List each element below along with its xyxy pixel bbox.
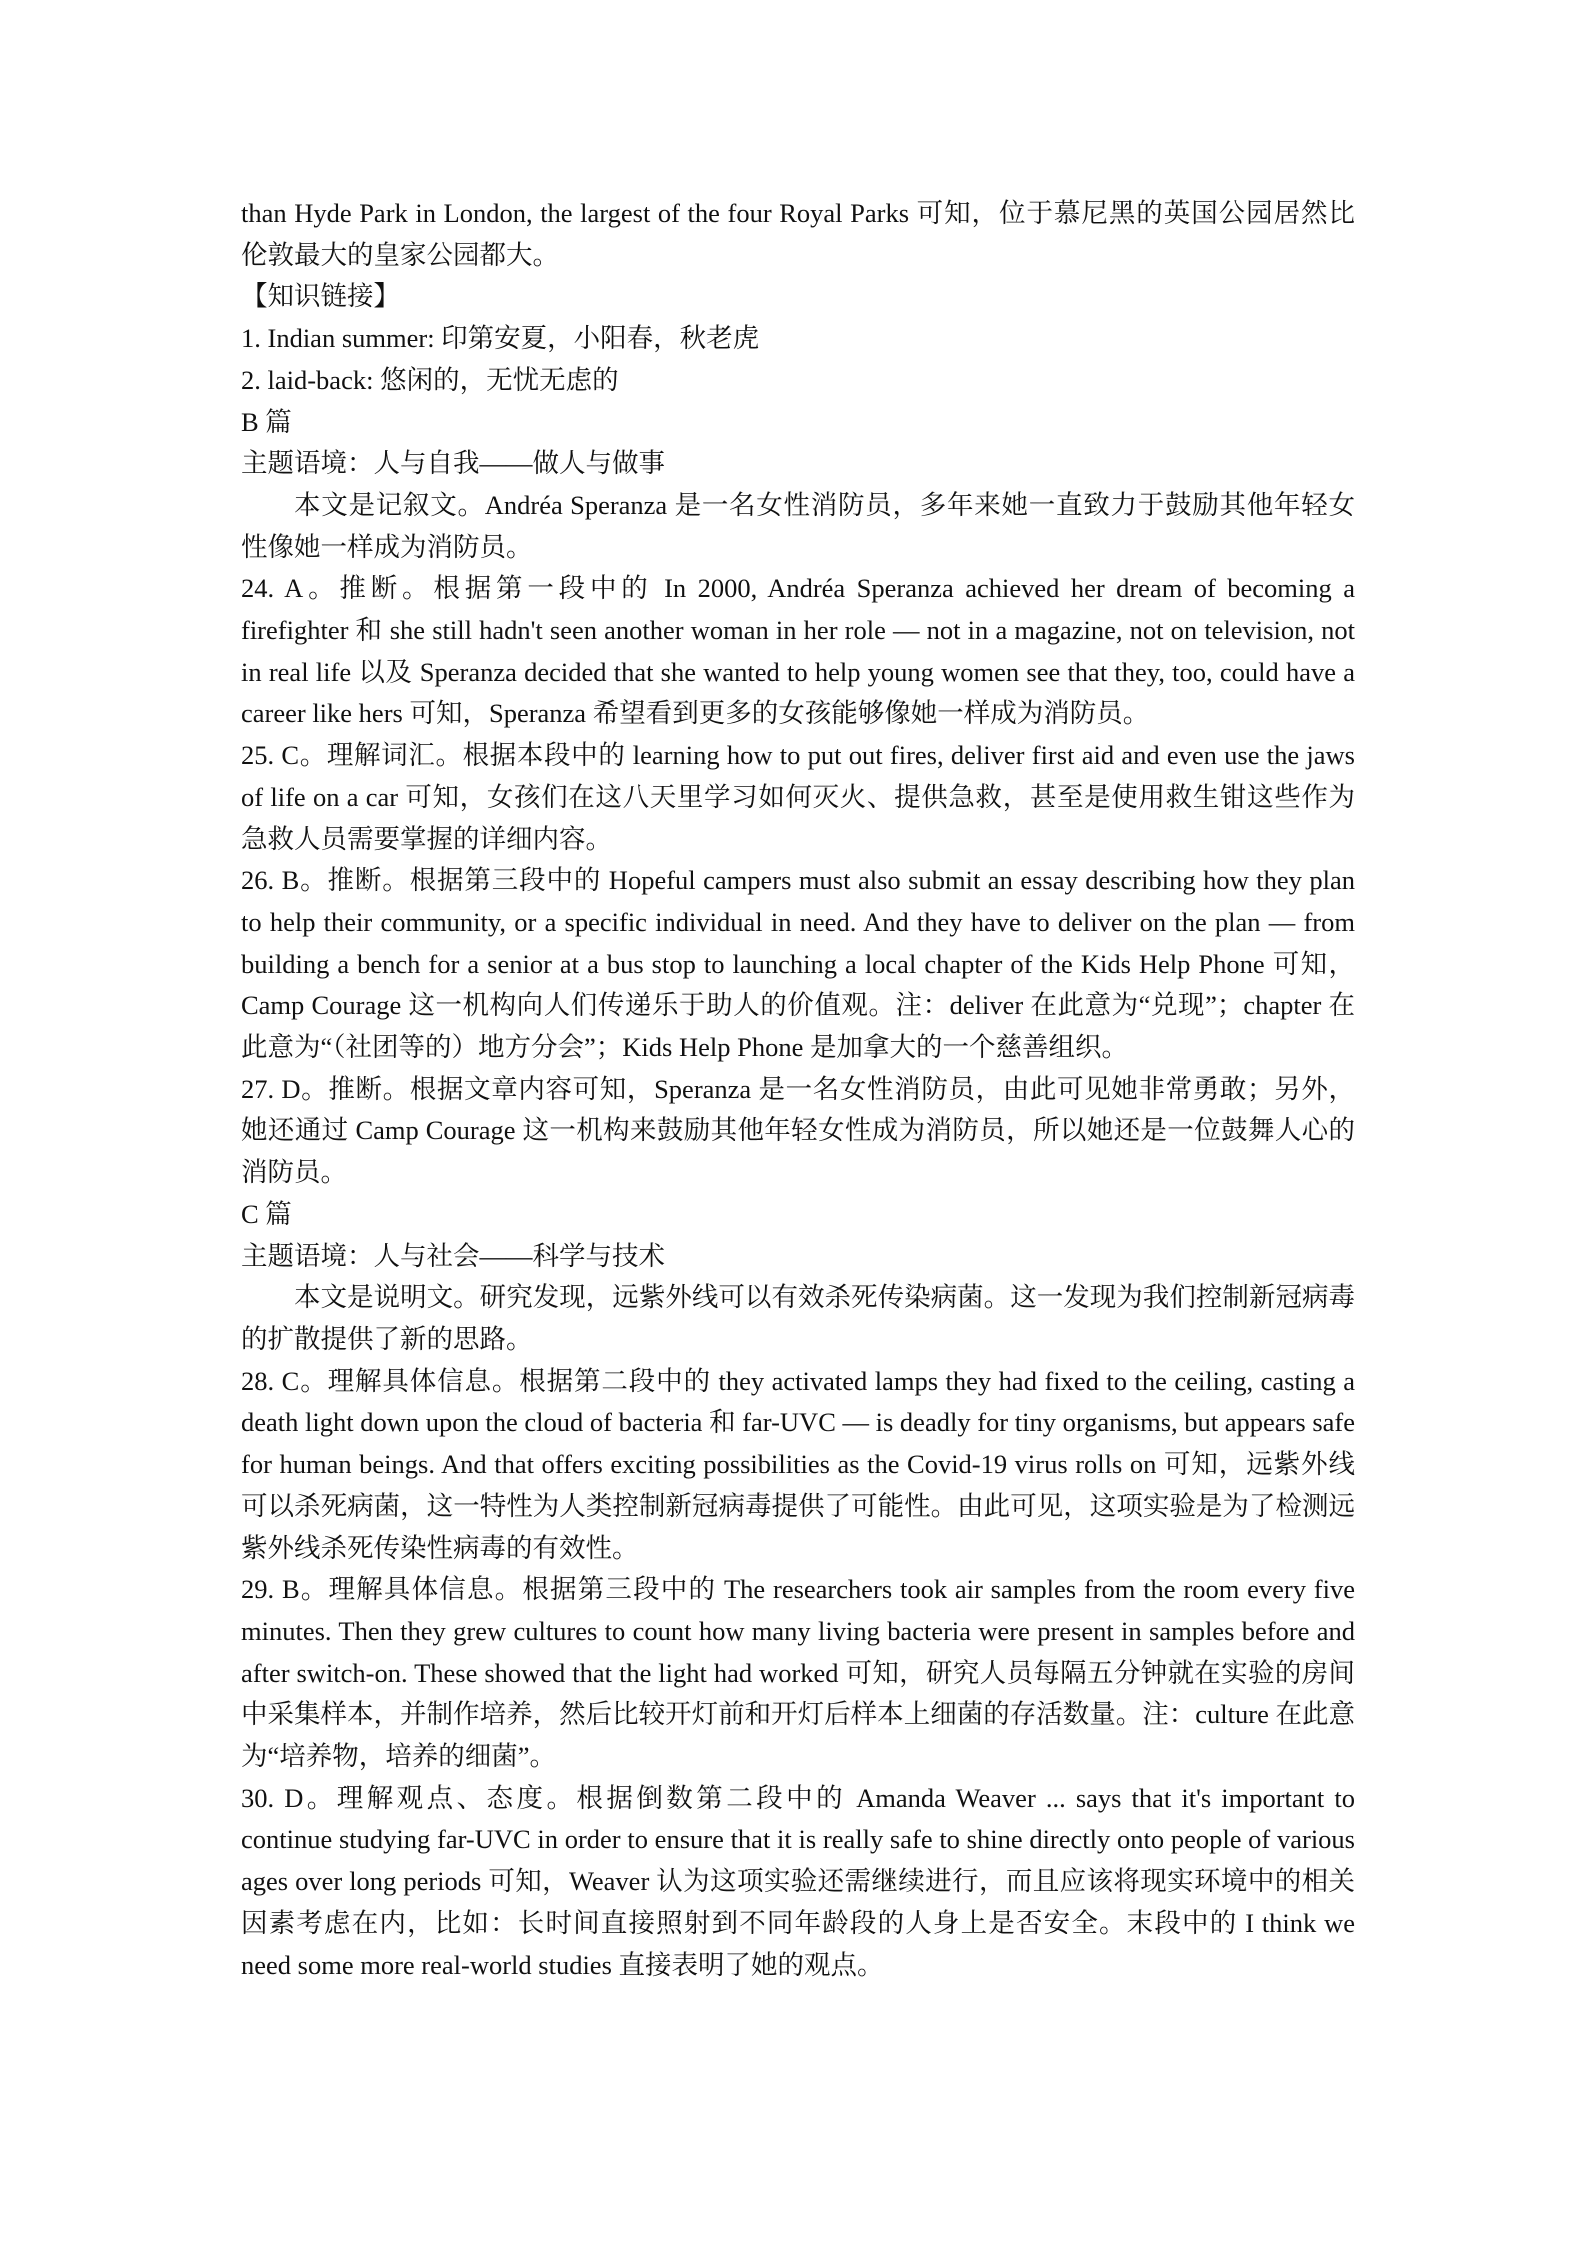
answer-explanation-page: than Hyde Park in London, the largest of… (241, 193, 1355, 1986)
knowledge-link-heading: 【知识链接】 (241, 276, 1355, 318)
section-summary: 本文是记叙文。Andréa Speranza 是一名女性消防员，多年来她一直致力… (241, 485, 1355, 568)
answer-item-28: 28. C。理解具体信息。根据第二段中的 they activated lamp… (241, 1361, 1355, 1570)
section-summary: 本文是说明文。研究发现，远紫外线可以有效杀死传染病菌。这一发现为我们控制新冠病毒… (241, 1277, 1355, 1360)
section-title: B 篇 (241, 402, 1355, 444)
answer-item-27: 27. D。推断。根据文章内容可知，Speranza 是一名女性消防员，由此可见… (241, 1069, 1355, 1194)
section-theme: 主题语境：人与社会——科学与技术 (241, 1236, 1355, 1278)
section-b: B 篇 主题语境：人与自我——做人与做事 本文是记叙文。Andréa Spera… (241, 402, 1355, 1194)
section-c: C 篇 主题语境：人与社会——科学与技术 本文是说明文。研究发现，远紫外线可以有… (241, 1194, 1355, 1986)
answer-item-25: 25. C。理解词汇。根据本段中的 learning how to put ou… (241, 735, 1355, 860)
answer-item-30: 30. D。理解观点、态度。根据倒数第二段中的 Amanda Weaver ..… (241, 1778, 1355, 1987)
intro-continuation-paragraph: than Hyde Park in London, the largest of… (241, 193, 1355, 276)
knowledge-link-item: 1. Indian summer: 印第安夏，小阳春，秋老虎 (241, 318, 1355, 360)
answer-item-24: 24. A。推断。根据第一段中的 In 2000, Andréa Speranz… (241, 568, 1355, 735)
section-theme: 主题语境：人与自我——做人与做事 (241, 443, 1355, 485)
knowledge-link-item: 2. laid-back: 悠闲的，无忧无虑的 (241, 360, 1355, 402)
section-title: C 篇 (241, 1194, 1355, 1236)
answer-item-26: 26. B。推断。根据第三段中的 Hopeful campers must al… (241, 860, 1355, 1069)
answer-item-29: 29. B。理解具体信息。根据第三段中的 The researchers too… (241, 1569, 1355, 1778)
